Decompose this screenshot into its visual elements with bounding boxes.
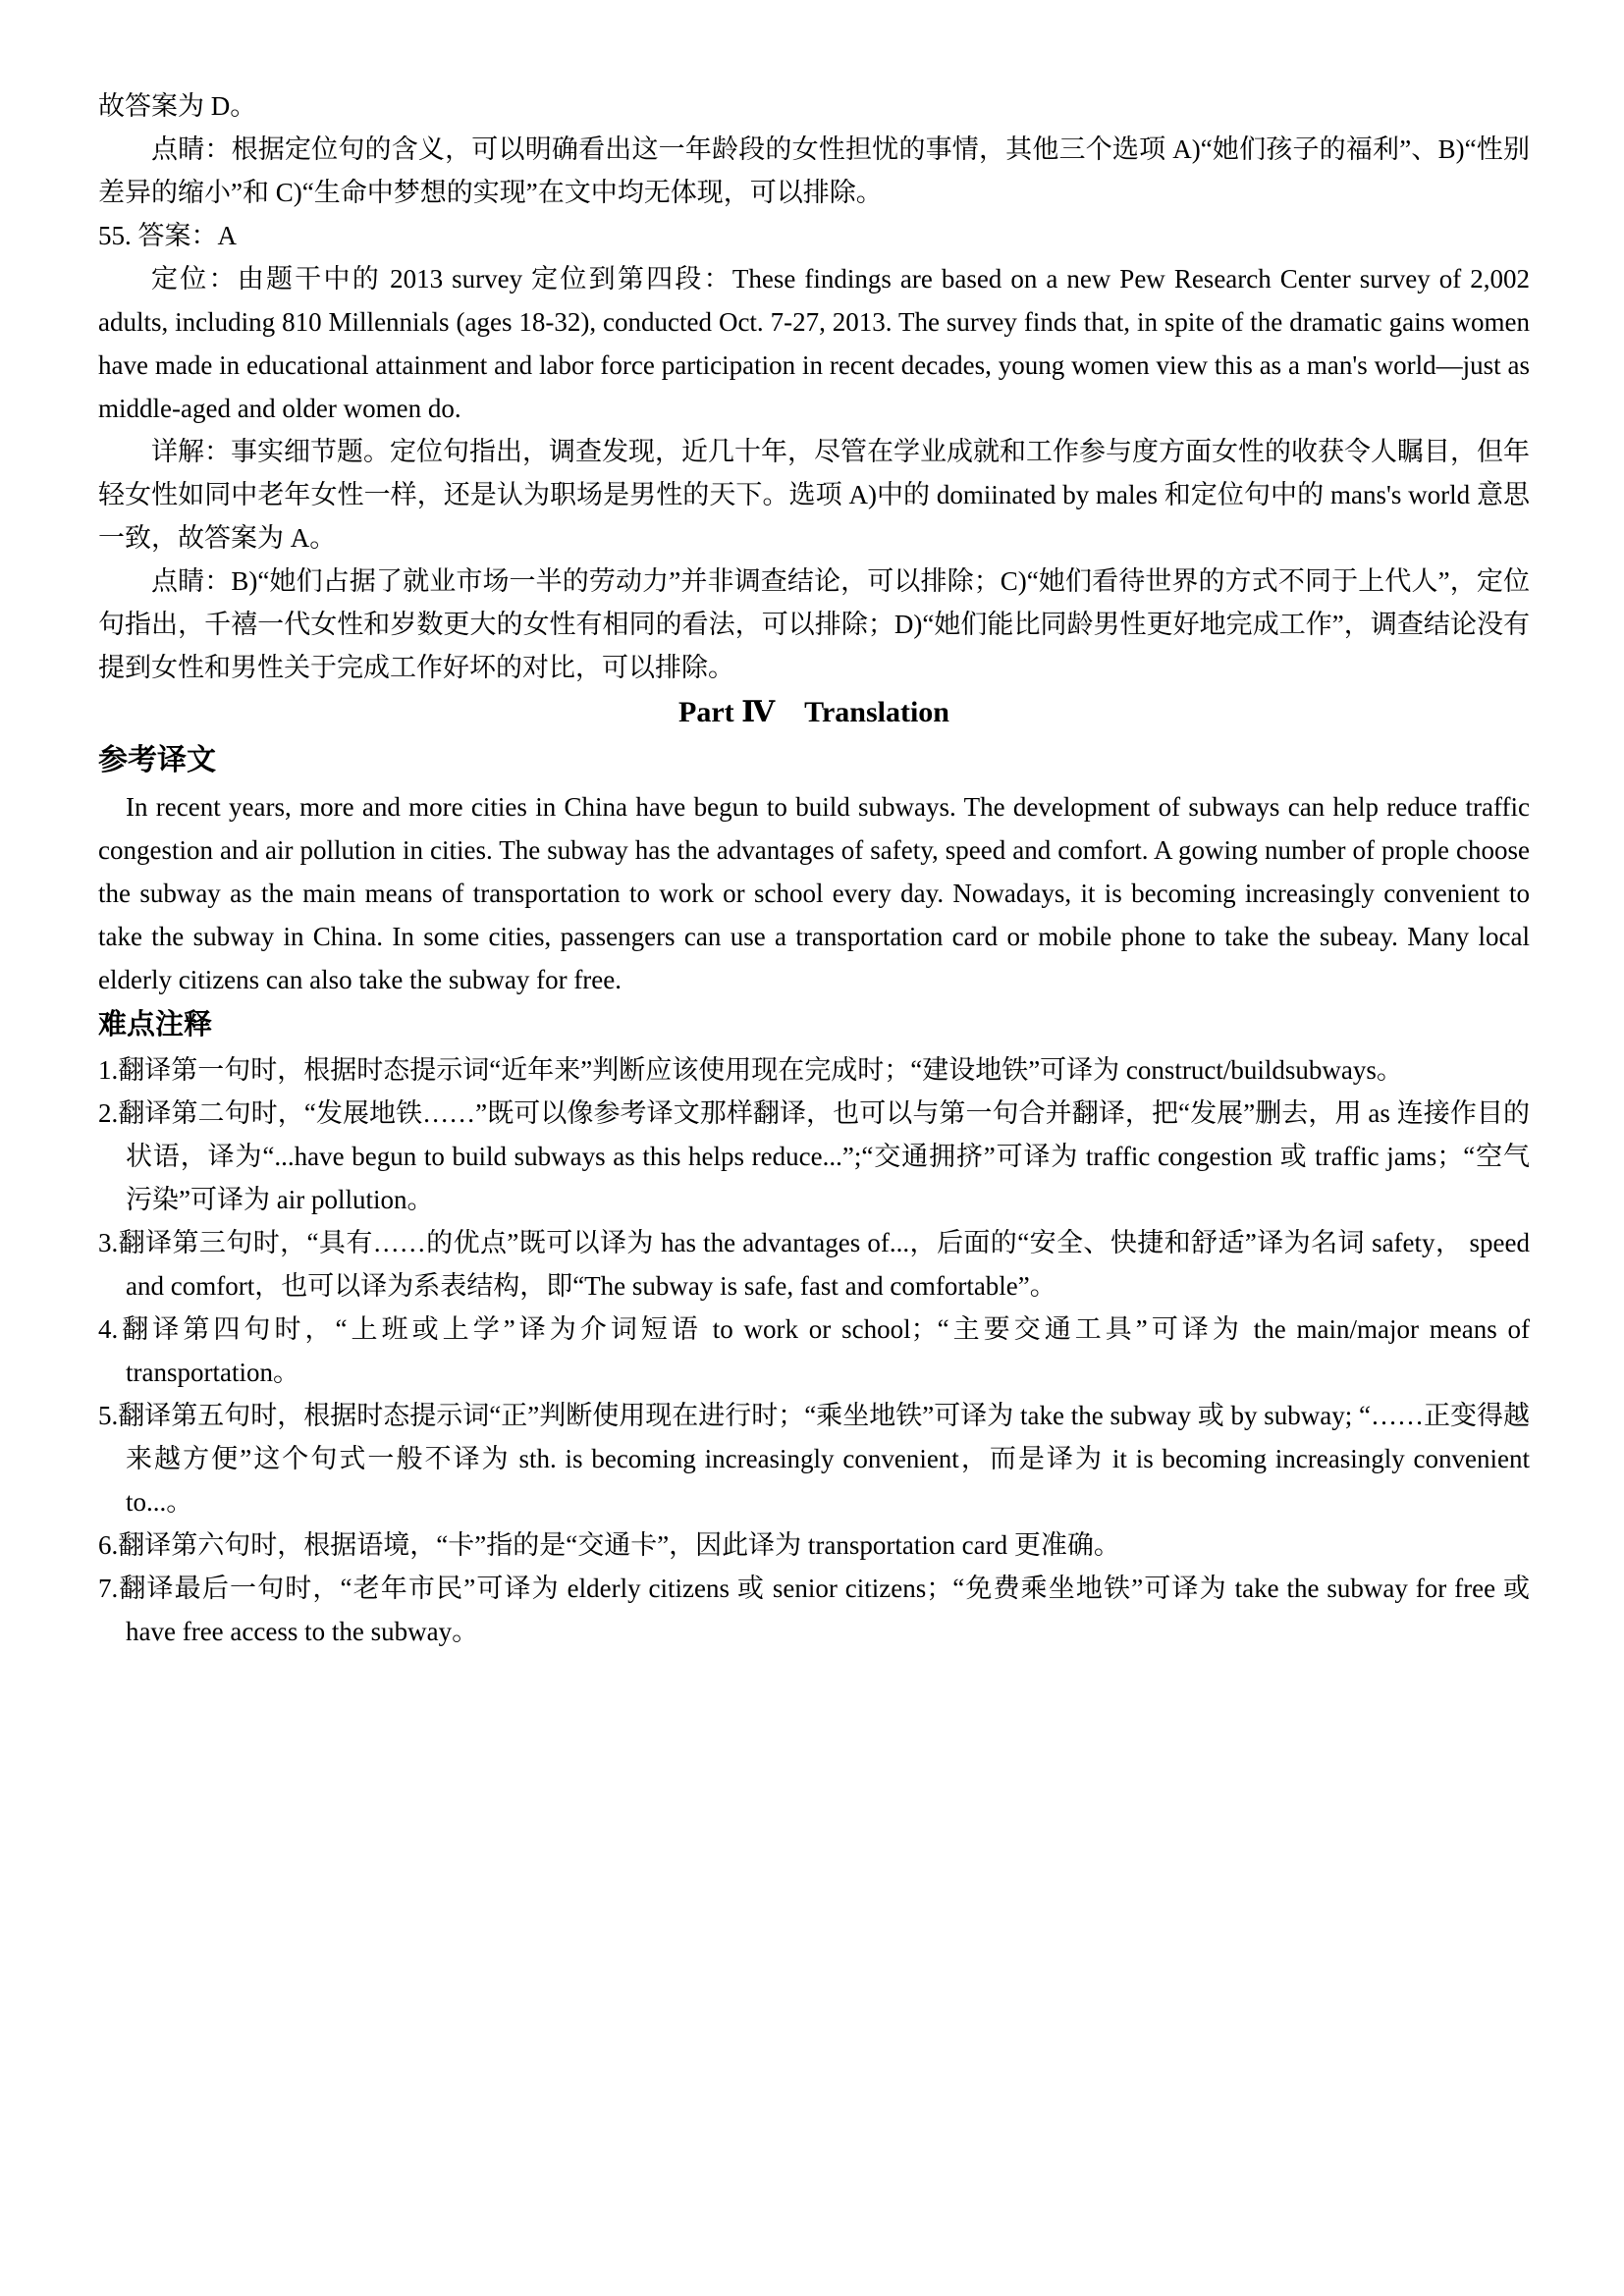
note-item-7: 7.翻译最后一句时，“老年市民”可译为 elderly citizens 或 s… [98, 1567, 1530, 1653]
part4-translation-heading: Part Ⅳ Translation [98, 689, 1530, 736]
reference-translation-paragraph: In recent years, more and more cities in… [98, 785, 1530, 1001]
answer55-xiangjie-paragraph: 详解：事实细节题。定位句指出，调查发现，近几十年，尽管在学业成就和工作参与度方面… [98, 430, 1530, 560]
question55-answer-label: 55. 答案：A [98, 214, 1530, 257]
note-item-3: 3.翻译第三句时，“具有……的优点”既可以译为 has the advantag… [98, 1221, 1530, 1308]
note-item-1: 1.翻译第一句时，根据时态提示词“近年来”判断应该使用现在完成时；“建设地铁”可… [98, 1048, 1530, 1092]
note-item-2: 2.翻译第二句时，“发展地铁……”既可以像参考译文那样翻译，也可以与第一句合并翻… [98, 1092, 1530, 1221]
answer54-dianjing-paragraph: 点睛：根据定位句的含义，可以明确看出这一年龄段的女性担忧的事情，其他三个选项 A… [98, 128, 1530, 214]
document-page: 故答案为 D。 点睛：根据定位句的含义，可以明确看出这一年龄段的女性担忧的事情，… [0, 0, 1624, 2296]
document-body: 故答案为 D。 点睛：根据定位句的含义，可以明确看出这一年龄段的女性担忧的事情，… [0, 0, 1624, 1653]
note-item-6: 6.翻译第六句时，根据语境，“卡”指的是“交通卡”，因此译为 transport… [98, 1523, 1530, 1567]
answer55-dingwei-paragraph: 定位：由题干中的 2013 survey 定位到第四段：These findin… [98, 257, 1530, 430]
answer55-dianjing-paragraph: 点睛：B)“她们占据了就业市场一半的劳动力”并非调查结论，可以排除；C)“她们看… [98, 560, 1530, 689]
note-item-4: 4.翻译第四句时，“上班或上学”译为介词短语 to work or school… [98, 1308, 1530, 1394]
notes-heading: 难点注释 [98, 1001, 1530, 1048]
reference-translation-heading: 参考译文 [98, 736, 1530, 785]
answer54-conclusion-text: 故答案为 D。 [98, 84, 1530, 128]
note-item-5: 5.翻译第五句时，根据时态提示词“正”判断使用现在进行时；“乘坐地铁”可译为 t… [98, 1394, 1530, 1523]
